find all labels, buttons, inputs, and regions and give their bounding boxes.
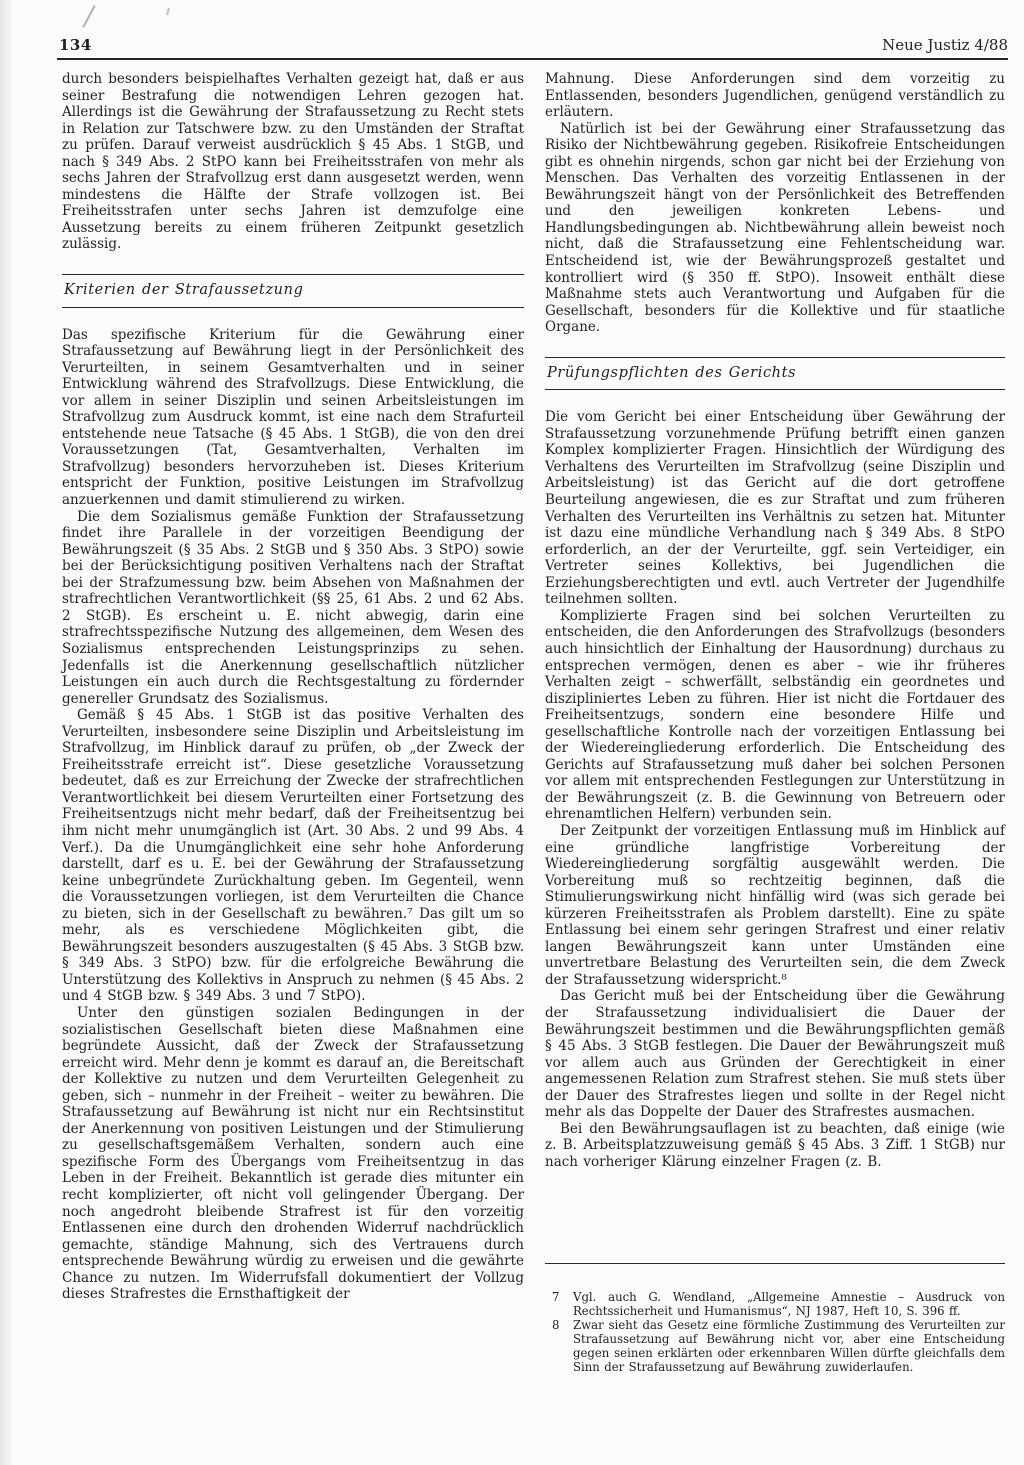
page-header: 134 Neue Justiz 4/88: [57, 36, 1008, 56]
footnote-7: 7 Vgl. auch G. Wendland, „Allgemeine Amn…: [545, 1291, 1005, 1319]
paragraph: Bei den Bewährungsauflagen ist zu beacht…: [545, 1121, 1005, 1171]
header-rule: [57, 58, 1008, 60]
pen-dot: [166, 8, 170, 15]
paragraph: Natürlich ist bei der Gewährung einer St…: [545, 121, 1005, 336]
left-column: durch besonders beispielhaftes Verhalten…: [62, 71, 524, 1451]
paragraph: Gemäß § 45 Abs. 1 StGB ist das positive …: [62, 707, 524, 1005]
pen-mark: [82, 5, 96, 28]
footnote-8: 8 Zwar sieht das Gesetz eine förmliche Z…: [545, 1319, 1005, 1375]
paragraph: Der Zeitpunkt der vorzeitigen Entlassung…: [545, 823, 1005, 988]
section-heading-pruefungspflichten: Prüfungspflichten des Gerichts: [545, 357, 1005, 391]
footnote-text: Zwar sieht das Gesetz eine förmliche Zus…: [573, 1319, 1005, 1375]
paragraph: Die dem Sozialismus gemäße Funktion der …: [62, 509, 524, 708]
paragraph: Das Gericht muß bei der Entscheidung übe…: [545, 988, 1005, 1120]
section-heading-kriterien: Kriterien der Strafaussetzung: [62, 274, 524, 308]
journal-title: Neue Justiz 4/88: [882, 36, 1008, 54]
section-heading-label: Kriterien der Strafaussetzung: [64, 282, 303, 298]
scan-edge-shadow: [0, 0, 14, 1465]
paragraph-continuation: Mahnung. Diese Anforderungen sind dem vo…: [545, 71, 1005, 121]
footnote-text: Vgl. auch G. Wendland, „Allgemeine Amnes…: [573, 1291, 1005, 1319]
page-number: 134: [59, 36, 92, 54]
paragraph: Unter den günstigen sozialen Bedingungen…: [62, 1005, 524, 1303]
paragraph: Das spezifische Kriterium für die Gewähr…: [62, 327, 524, 509]
paragraph: Komplizierte Fragen sind bei solchen Ver…: [545, 608, 1005, 823]
section-heading-label: Prüfungspflichten des Gerichts: [547, 365, 796, 381]
paragraph: Die vom Gericht bei einer Entscheidung ü…: [545, 409, 1005, 608]
footnote-number: 8: [552, 1319, 564, 1375]
journal-page-scan: 134 Neue Justiz 4/88 durch besonders bei…: [0, 0, 1024, 1465]
footnote-number: 7: [552, 1291, 564, 1319]
paragraph-continuation: durch besonders beispielhaftes Verhalten…: [62, 71, 524, 253]
footnotes-block: 7 Vgl. auch G. Wendland, „Allgemeine Amn…: [545, 1263, 1005, 1374]
right-column: Mahnung. Diese Anforderungen sind dem vo…: [545, 71, 1005, 1451]
